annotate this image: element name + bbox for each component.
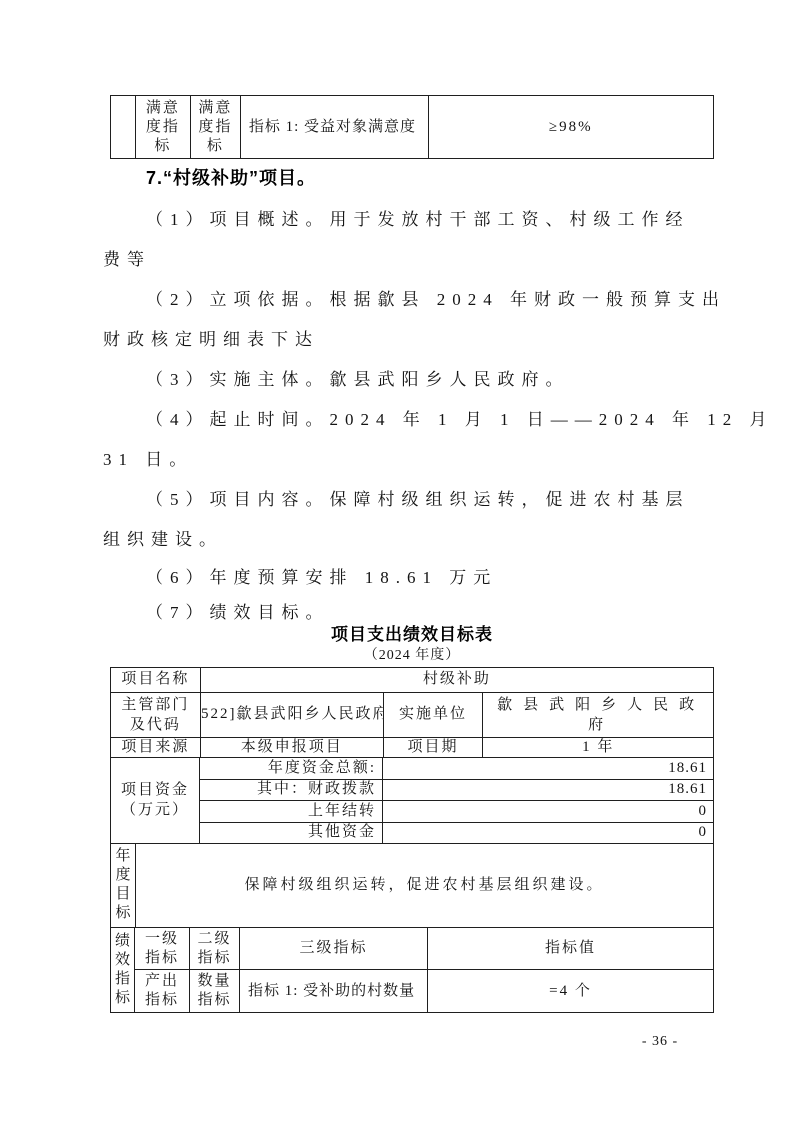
performance-label-text: 绩效指标 — [114, 932, 131, 1008]
carryover-level1-cell: 满意度指标 — [136, 96, 191, 159]
perf-row-indicator: 指标 1: 受补助的村数量 — [240, 970, 428, 1013]
paragraph-line: （2）立项依据。根据歙县 2024 年财政一般预算支出 — [103, 280, 695, 320]
goal-table-title: 项目支出绩效目标表 — [110, 622, 714, 648]
paragraph-line: 31 日。 — [103, 440, 695, 480]
goal-table-subtitle: （2024 年度） — [110, 646, 714, 666]
perf-row-level1: 产出指标 — [135, 970, 190, 1013]
fund-fiscal-value: 18.61 — [383, 780, 714, 801]
carryover-level2-cell: 满意度指标 — [191, 96, 241, 159]
period-label: 项目期 — [384, 738, 484, 758]
annual-goal-label: 年度目标 — [111, 844, 136, 928]
perf-row-value: =4 个 — [428, 970, 714, 1013]
perf-row-level2: 数量指标 — [190, 970, 240, 1013]
fund-carryover-value: 0 — [383, 801, 714, 823]
carryover-blank-cell — [111, 96, 136, 159]
table-row: 其他资金 0 — [200, 823, 714, 844]
dept-value: [522]歙县武阳乡人民政府 — [201, 693, 384, 738]
table-row: 上年结转 0 — [200, 801, 714, 823]
fund-fiscal-label: 其中：财政拨款 — [200, 780, 383, 801]
paragraph-line: （6）年度预算安排 18.61 万元 — [103, 560, 695, 596]
fund-total-label: 年度资金总额: — [200, 758, 383, 780]
funds-label: 项目资金（万元） — [111, 758, 200, 844]
perf-header-level1: 一级指标 — [135, 928, 190, 970]
paragraph-line: （1）项目概述。用于发放村干部工资、村级工作经 — [103, 200, 695, 240]
fund-total-value: 18.61 — [383, 758, 714, 780]
document-page: 满意度指标 满意度指标 指标 1: 受益对象满意度 ≥98% 7.“村级补助”项… — [0, 0, 793, 1122]
fund-other-value: 0 — [383, 823, 714, 844]
fund-carryover-label: 上年结转 — [200, 801, 383, 823]
impl-unit-label: 实施单位 — [384, 693, 484, 738]
table-row: 产出指标 数量指标 指标 1: 受补助的村数量 =4 个 — [135, 970, 714, 1013]
project-name-value: 村级补助 — [201, 668, 714, 693]
paragraph-line: 费等 — [103, 240, 695, 280]
funds-row-group: 项目资金（万元） 年度资金总额: 18.61 其中：财政拨款 18.61 上年结… — [111, 758, 714, 844]
perf-header-level3: 三级指标 — [240, 928, 428, 970]
table-row: 项目名称 村级补助 — [111, 668, 714, 693]
fund-other-label: 其他资金 — [200, 823, 383, 844]
source-label: 项目来源 — [111, 738, 201, 758]
table-row: 项目来源 本级申报项目 项目期 1 年 — [111, 738, 714, 758]
annual-goal-label-text: 年度目标 — [114, 847, 131, 923]
paragraph-line: （3）实施主体。歙县武阳乡人民政府。 — [103, 360, 695, 400]
carryover-value-cell: ≥98% — [429, 96, 715, 159]
annual-goal-value: 保障村级组织运转，促进农村基层组织建设。 — [136, 844, 714, 928]
performance-row-group: 绩效指标 一级指标 二级指标 三级指标 指标值 产出指标 数量指标 指标 1: … — [111, 928, 714, 1013]
body-text: 7.“村级补助”项目。 （1）项目概述。用于发放村干部工资、村级工作经 费等 （… — [103, 156, 695, 630]
table-row: 年度资金总额: 18.61 — [200, 758, 714, 780]
paragraph-line: 财政核定明细表下达 — [103, 320, 695, 360]
project-name-label: 项目名称 — [111, 668, 201, 693]
carryover-indicator-table: 满意度指标 满意度指标 指标 1: 受益对象满意度 ≥98% — [110, 95, 714, 159]
page-number: - 36 - — [620, 1032, 700, 1052]
table-row: 一级指标 二级指标 三级指标 指标值 — [135, 928, 714, 970]
section-heading: 7.“村级补助”项目。 — [103, 156, 695, 200]
paragraph-line: （4）起止时间。2024 年 1 月 1 日——2024 年 12 月 — [103, 400, 695, 440]
paragraph-line: （5）项目内容。保障村级组织运转，促进农村基层 — [103, 480, 695, 520]
carryover-indicator-cell: 指标 1: 受益对象满意度 — [241, 96, 429, 159]
dept-label: 主管部门及代码 — [111, 693, 201, 738]
source-value: 本级申报项目 — [201, 738, 384, 758]
table-row: 其中：财政拨款 18.61 — [200, 780, 714, 801]
table-row: 满意度指标 满意度指标 指标 1: 受益对象满意度 ≥98% — [111, 96, 714, 159]
perf-header-level2: 二级指标 — [190, 928, 240, 970]
performance-label: 绩效指标 — [111, 928, 135, 1013]
impl-unit-value: 歙县武阳乡人民政府 — [483, 693, 714, 738]
table-row: 年度目标 保障村级组织运转，促进农村基层组织建设。 — [111, 844, 714, 928]
paragraph-line: 组织建设。 — [103, 520, 695, 560]
period-value: 1 年 — [483, 738, 714, 758]
performance-goal-table: 项目名称 村级补助 主管部门及代码 [522]歙县武阳乡人民政府 实施单位 歙县… — [110, 667, 714, 1013]
perf-header-value: 指标值 — [428, 928, 714, 970]
table-row: 主管部门及代码 [522]歙县武阳乡人民政府 实施单位 歙县武阳乡人民政府 — [111, 693, 714, 738]
